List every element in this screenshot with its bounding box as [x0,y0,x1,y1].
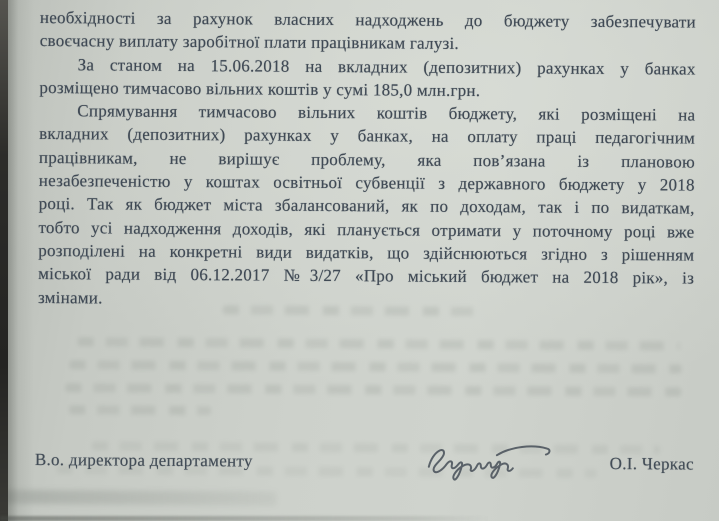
bleedthrough-line [69,360,681,373]
bleedthrough-line [65,383,681,396]
scan-edge-fade [8,0,34,521]
signature-block: В.о. директора департаменту О.І. Черкас [35,446,694,485]
document-text: необхідності за рахунок власних надходже… [38,6,696,313]
bleedthrough-line [78,337,680,350]
scanned-page: необхідності за рахунок власних надходже… [0,0,719,521]
signatory-name: О.І. Черкас [610,454,694,475]
signatory-title: В.о. директора департаменту [35,450,253,472]
text-line: змінами. [38,286,694,314]
text-line: міської ради від 06.12.2017 №3/27 «Про м… [38,262,694,290]
scan-bottom-shadow [0,516,489,521]
bleedthrough-smudge [5,490,277,506]
page-content: необхідності за рахунок власних надходже… [0,0,719,521]
bleedthrough-line [69,405,211,415]
scan-edge-shadow [0,0,8,521]
signature-icon [413,435,563,496]
